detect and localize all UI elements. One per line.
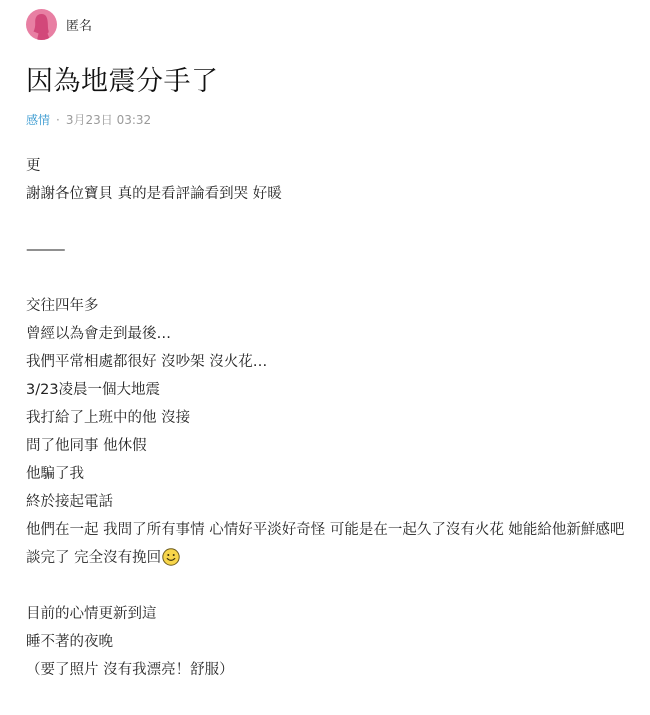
author-row: 匿名 bbox=[26, 0, 650, 46]
meta-separator: · bbox=[56, 113, 60, 127]
content-line-text: 談完了 完全沒有挽回 bbox=[26, 550, 161, 566]
content-line: 終於接起電話 bbox=[26, 488, 636, 516]
content-line bbox=[26, 208, 636, 236]
female-silhouette-icon bbox=[26, 9, 57, 40]
post-timestamp: 3月23日 03:32 bbox=[66, 113, 151, 127]
avatar[interactable] bbox=[26, 9, 57, 40]
post-title: 因為地震分手了 bbox=[26, 65, 650, 99]
post-container: 匿名 因為地震分手了 感情·3月23日 03:32 更 謝謝各位寶貝 真的是看評… bbox=[0, 0, 650, 684]
content-line-with-emoji: 談完了 完全沒有挽回 bbox=[26, 544, 636, 572]
content-line: （要了照片 沒有我漂亮！舒服） bbox=[26, 656, 636, 684]
post-content: 更 謝謝各位寶貝 真的是看評論看到哭 好暖 ——— 交往四年多 曾經以為會走到最… bbox=[26, 152, 650, 684]
author-name: 匿名 bbox=[66, 15, 92, 34]
content-line bbox=[26, 264, 636, 292]
content-line: 我們平常相處都很好 沒吵架 沒火花… bbox=[26, 348, 636, 376]
content-line: 謝謝各位寶貝 真的是看評論看到哭 好暖 bbox=[26, 180, 636, 208]
forum-link[interactable]: 感情 bbox=[26, 113, 50, 127]
content-line: 他們在一起 我問了所有事情 心情好平淡好奇怪 可能是在一起久了沒有火花 她能給他… bbox=[26, 516, 636, 544]
content-line: 他騙了我 bbox=[26, 460, 636, 488]
content-line: 交往四年多 bbox=[26, 292, 636, 320]
content-line: 曾經以為會走到最後… bbox=[26, 320, 636, 348]
content-line: 睡不著的夜晚 bbox=[26, 628, 636, 656]
content-line: 更 bbox=[26, 152, 636, 180]
content-line: ——— bbox=[26, 236, 636, 264]
slightly-smiling-face-icon bbox=[162, 548, 180, 566]
content-line bbox=[26, 572, 636, 600]
content-line: 目前的心情更新到這 bbox=[26, 600, 636, 628]
content-line: 3/23凌晨一個大地震 bbox=[26, 376, 636, 404]
content-line: 我打給了上班中的他 沒接 bbox=[26, 404, 636, 432]
content-line: 問了他同事 他休假 bbox=[26, 432, 636, 460]
post-meta: 感情·3月23日 03:32 bbox=[26, 112, 650, 128]
